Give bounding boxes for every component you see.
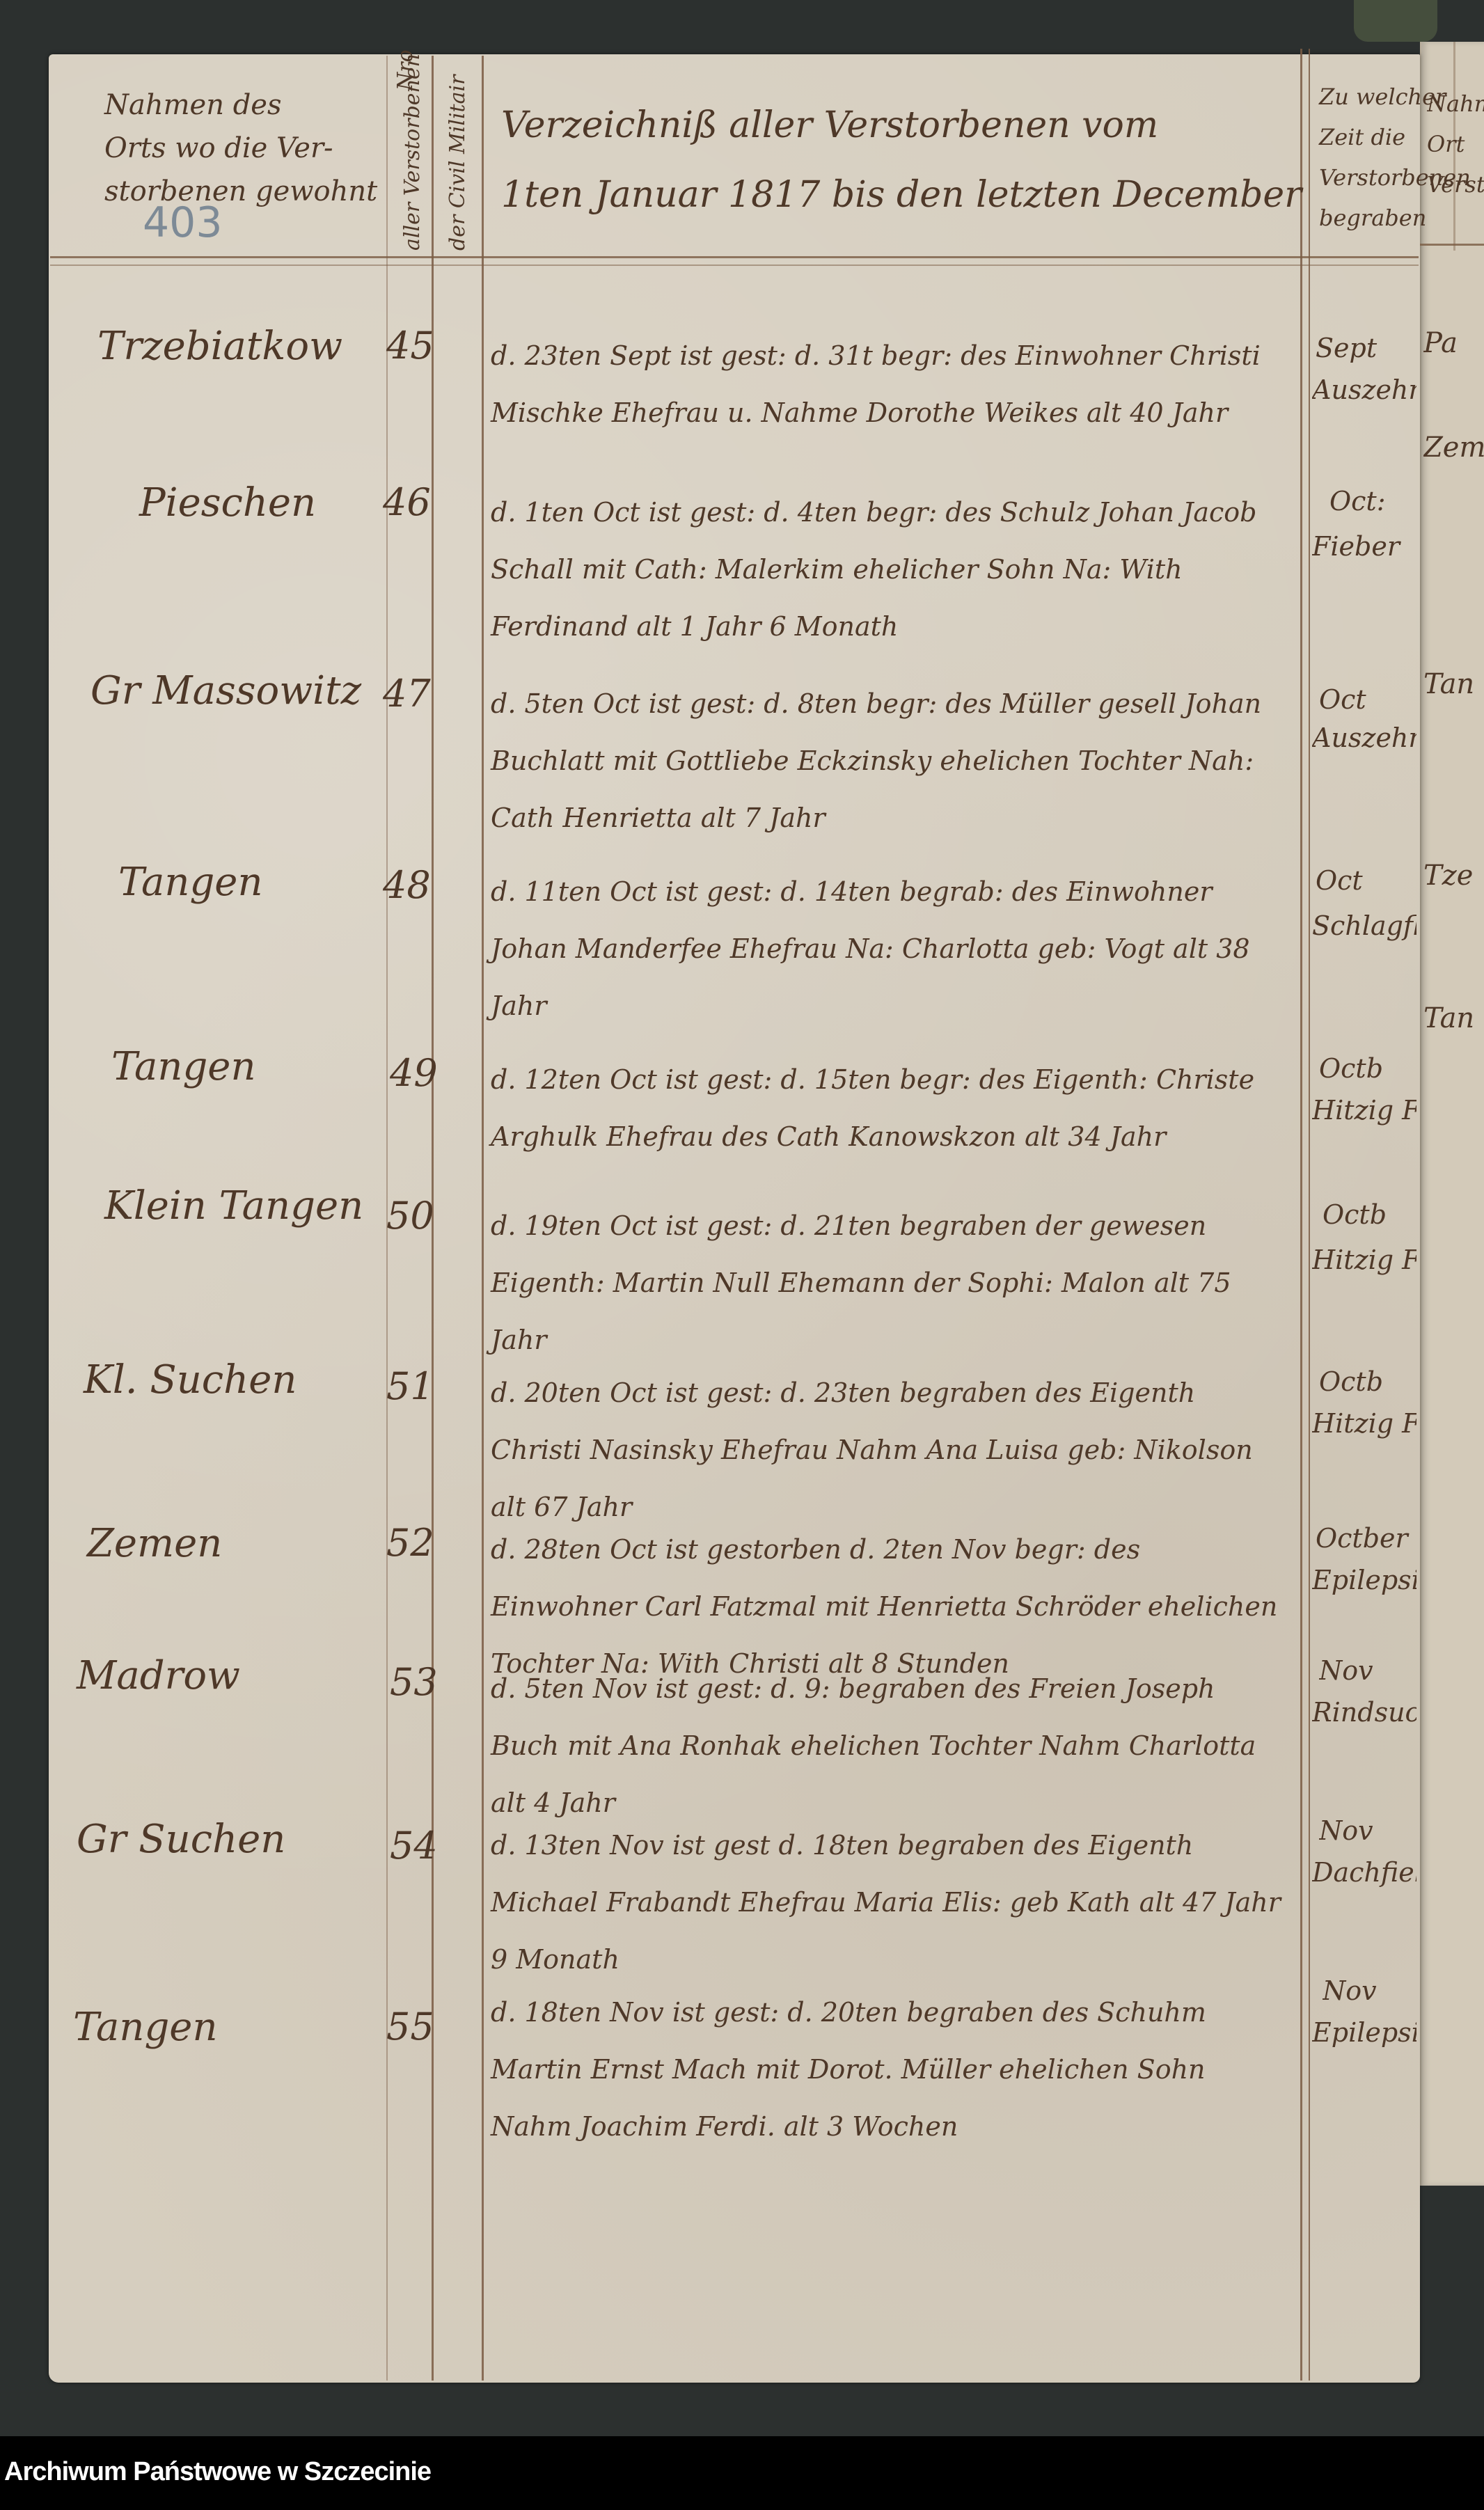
- entry-cause: Dachfieber: [1312, 1852, 1416, 1893]
- entry-number: 53: [390, 1660, 438, 1704]
- entry-text: d. 13ten Nov ist gest d. 18ten begraben …: [491, 1817, 1291, 1988]
- entry-cause: Epilepsie: [1312, 1559, 1416, 1601]
- next-page-fragment: Zem: [1423, 432, 1484, 464]
- title-line: Verzeichniß aller Verstorbenen vom: [501, 90, 1302, 160]
- entry-text: d. 11ten Oct ist gest: d. 14ten begrab: …: [491, 863, 1291, 1034]
- entry-number: 55: [386, 2005, 434, 2049]
- next-page-fragment: Tan: [1423, 1002, 1484, 1034]
- next-page-header: Nahme Ort Verst.: [1427, 84, 1484, 205]
- next-page-fragment: Tan: [1423, 668, 1484, 700]
- entry-text: d. 5ten Oct ist gest: d. 8ten begr: des …: [491, 675, 1291, 846]
- archive-name: Archiwum Państwowe w Szczecinie: [4, 2457, 431, 2487]
- binding-thread: [1354, 0, 1437, 42]
- entry-place: Gr Massowitz: [90, 668, 361, 713]
- entry-place: Tangen: [73, 2005, 218, 2050]
- place-header-line: Nahmen des: [104, 84, 377, 127]
- entry-place: Zemen: [87, 1521, 222, 1566]
- entry-cause: Hitzig Fieber: [1312, 1403, 1416, 1444]
- number-header-civil: der Civil Militair: [445, 56, 470, 251]
- adjacent-page-edge: [1420, 42, 1484, 2186]
- place-column-header: Nahmen des Orts wo die Ver- storbenen ge…: [104, 84, 377, 213]
- entry-month: Nov: [1319, 1810, 1423, 1852]
- entry-cause: Auszehrung: [1312, 717, 1416, 759]
- entry-month: Octber: [1316, 1517, 1420, 1559]
- header-rule: [1420, 244, 1484, 246]
- column-rule: [1300, 49, 1302, 2381]
- next-header-line: Verst.: [1427, 164, 1484, 205]
- entry-cause: Hitzig Fieber: [1312, 1239, 1416, 1281]
- entry-cause: Hitzig Fieber: [1312, 1089, 1416, 1131]
- entry-number: 51: [386, 1364, 434, 1408]
- entry-place: Gr Suchen: [77, 1817, 285, 1862]
- entry-month: Oct: [1316, 860, 1420, 901]
- entry-month: Octb: [1323, 1194, 1427, 1236]
- entry-place: Tangen: [118, 860, 263, 905]
- entry-number: 48: [383, 863, 431, 907]
- entry-cause: Schlagfluß: [1312, 905, 1416, 947]
- entry-month: Oct:: [1329, 480, 1434, 522]
- title-line: 1ten Januar 1817 bis den letzten Decembe…: [501, 160, 1302, 230]
- number-header-all: aller Verstorbenen: [400, 77, 425, 251]
- entry-number: 49: [390, 1051, 438, 1095]
- column-rule: [482, 56, 484, 2381]
- entry-cause: Rindsucht: [1312, 1691, 1416, 1733]
- header-rule: [50, 256, 1419, 258]
- next-page-fragment: Tze: [1423, 860, 1484, 892]
- entry-text: d. 20ten Oct ist gest: d. 23ten begraben…: [491, 1364, 1291, 1536]
- entry-cause: Epilepsie: [1312, 2012, 1416, 2053]
- archive-footer-band: Archiwum Państwowe w Szczecinie: [0, 2436, 1484, 2510]
- entry-text: d. 5ten Nov ist gest: d. 9: begraben des…: [491, 1660, 1291, 1831]
- entry-cause: Auszehrung: [1312, 369, 1416, 411]
- entry-number: 50: [386, 1194, 434, 1238]
- entry-place: Pieschen: [139, 480, 316, 526]
- entry-text: d. 1ten Oct ist gest: d. 4ten begr: des …: [491, 484, 1291, 655]
- register-title: Verzeichniß aller Verstorbenen vom 1ten …: [501, 90, 1302, 230]
- entry-text: d. 23ten Sept ist gest: d. 31t begr: des…: [491, 327, 1291, 441]
- entry-place: Kl. Suchen: [84, 1357, 297, 1403]
- entry-number: 45: [386, 324, 434, 368]
- next-page-fragment: Pa: [1423, 327, 1484, 359]
- entry-month: Oct: [1319, 679, 1423, 720]
- entry-month: Sept: [1316, 327, 1420, 369]
- entry-month: Octb: [1319, 1048, 1423, 1089]
- column-rule: [1309, 49, 1310, 2381]
- entry-place: Madrow: [77, 1653, 240, 1698]
- entry-text: d. 12ten Oct ist gest: d. 15ten begr: de…: [491, 1051, 1291, 1165]
- entry-number: 46: [383, 480, 431, 524]
- archive-stamp-number: 403: [143, 198, 223, 247]
- next-header-line: Ort: [1427, 124, 1484, 164]
- entry-month: Nov: [1323, 1970, 1427, 2012]
- entry-month: Nov: [1319, 1650, 1423, 1691]
- entry-place: Klein Tangen: [104, 1183, 363, 1229]
- entry-text: d. 19ten Oct ist gest: d. 21ten begraben…: [491, 1197, 1291, 1368]
- entry-number: 52: [386, 1521, 434, 1565]
- next-header-line: Nahme: [1427, 84, 1484, 124]
- entry-place: Tangen: [111, 1044, 256, 1089]
- entry-month: Octb: [1319, 1361, 1423, 1403]
- place-header-line: Orts wo die Ver-: [104, 127, 377, 170]
- entry-number: 47: [383, 672, 431, 716]
- entry-text: d. 18ten Nov ist gest: d. 20ten begraben…: [491, 1984, 1291, 2155]
- entry-cause: Fieber: [1312, 526, 1416, 567]
- entry-place: Trzebiatkow: [97, 324, 342, 369]
- header-rule: [50, 265, 1419, 266]
- entry-number: 54: [390, 1824, 438, 1868]
